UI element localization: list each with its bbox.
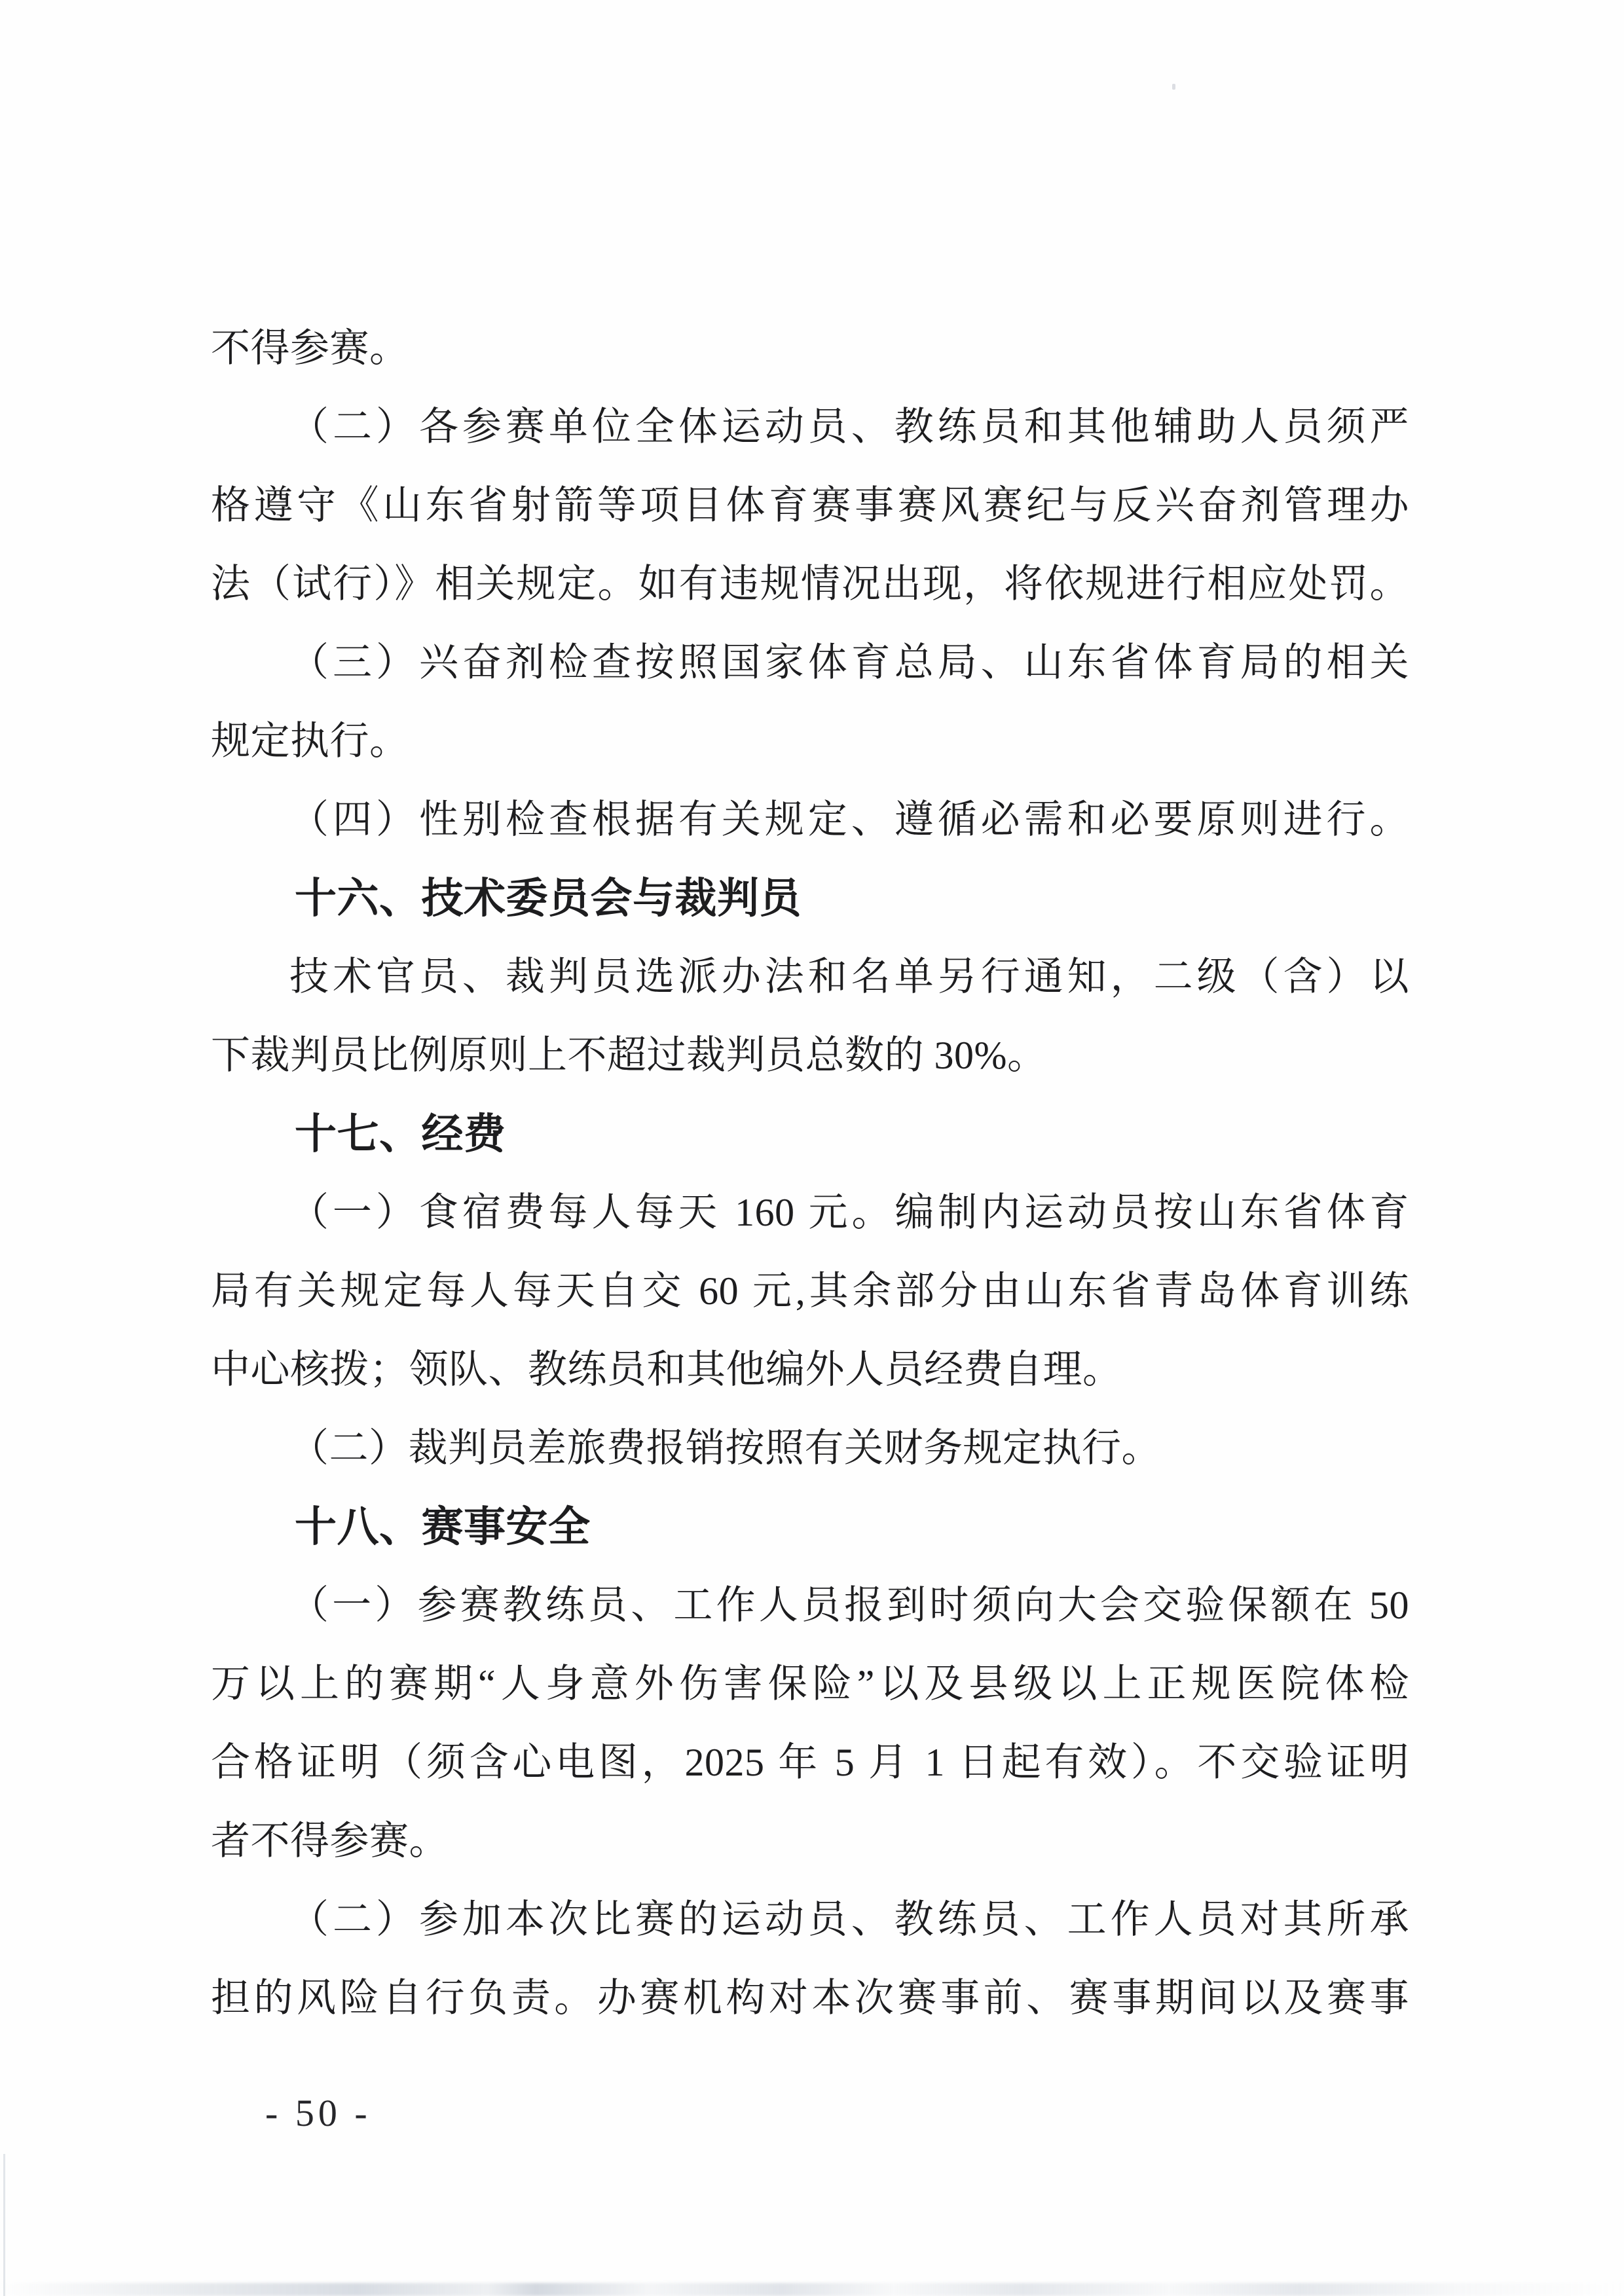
document-line: （一）参赛教练员、工作人员报到时须向大会交验保额在 50 [211, 1566, 1409, 1645]
scan-artifact-bottom-band [0, 2283, 1624, 2296]
document-line: （二）参加本次比赛的运动员、教练员、工作人员对其所承 [211, 1880, 1409, 1959]
scan-artifact-speck [1172, 84, 1175, 90]
document-line: 不得参赛。 [211, 309, 1409, 388]
document-line: 担的风险自行负责。办赛机构对本次赛事前、赛事期间以及赛事 [211, 1959, 1409, 2037]
document-line: 中心核拨；领队、教练员和其他编外人员经费自理。 [211, 1330, 1409, 1409]
scan-artifact-left-edge [3, 2154, 5, 2296]
page-number: - 50 - [265, 2092, 371, 2134]
document-line: （四）性别检查根据有关规定、遵循必需和必要原则进行。 [211, 780, 1409, 859]
section-heading: 十七、经费 [211, 1095, 1409, 1173]
document-line: （二）裁判员差旅费报销按照有关财务规定执行。 [211, 1409, 1409, 1487]
section-heading: 十六、技术委员会与裁判员 [211, 859, 1409, 938]
document-line: 技术官员、裁判员选派办法和名单另行通知，二级（含）以 [211, 938, 1409, 1016]
document-line: 局有关规定每人每天自交 60 元,其余部分由山东省青岛体育训练 [211, 1252, 1409, 1330]
document-line: 万以上的赛期“人身意外伤害保险”以及县级以上正规医院体检 [211, 1645, 1409, 1723]
document-page: 不得参赛。 （二）各参赛单位全体运动员、教练员和其他辅助人员须严 格遵守《山东省… [0, 0, 1624, 2296]
document-line: 者不得参赛。 [211, 1802, 1409, 1880]
section-heading: 十八、赛事安全 [211, 1487, 1409, 1566]
document-line: 下裁判员比例原则上不超过裁判员总数的 30%。 [211, 1016, 1409, 1095]
document-body: 不得参赛。 （二）各参赛单位全体运动员、教练员和其他辅助人员须严 格遵守《山东省… [211, 309, 1409, 2037]
document-line: （三）兴奋剂检查按照国家体育总局、山东省体育局的相关 [211, 623, 1409, 702]
document-line: （一）食宿费每人每天 160 元。编制内运动员按山东省体育 [211, 1173, 1409, 1252]
document-line: 格遵守《山东省射箭等项目体育赛事赛风赛纪与反兴奋剂管理办 [211, 466, 1409, 545]
document-line: 法（试行）》相关规定。如有违规情况出现，将依规进行相应处罚。 [211, 545, 1409, 623]
document-line: 规定执行。 [211, 702, 1409, 780]
document-line: 合格证明（须含心电图，2025 年 5 月 1 日起有效）。不交验证明 [211, 1723, 1409, 1802]
document-line: （二）各参赛单位全体运动员、教练员和其他辅助人员须严 [211, 388, 1409, 466]
